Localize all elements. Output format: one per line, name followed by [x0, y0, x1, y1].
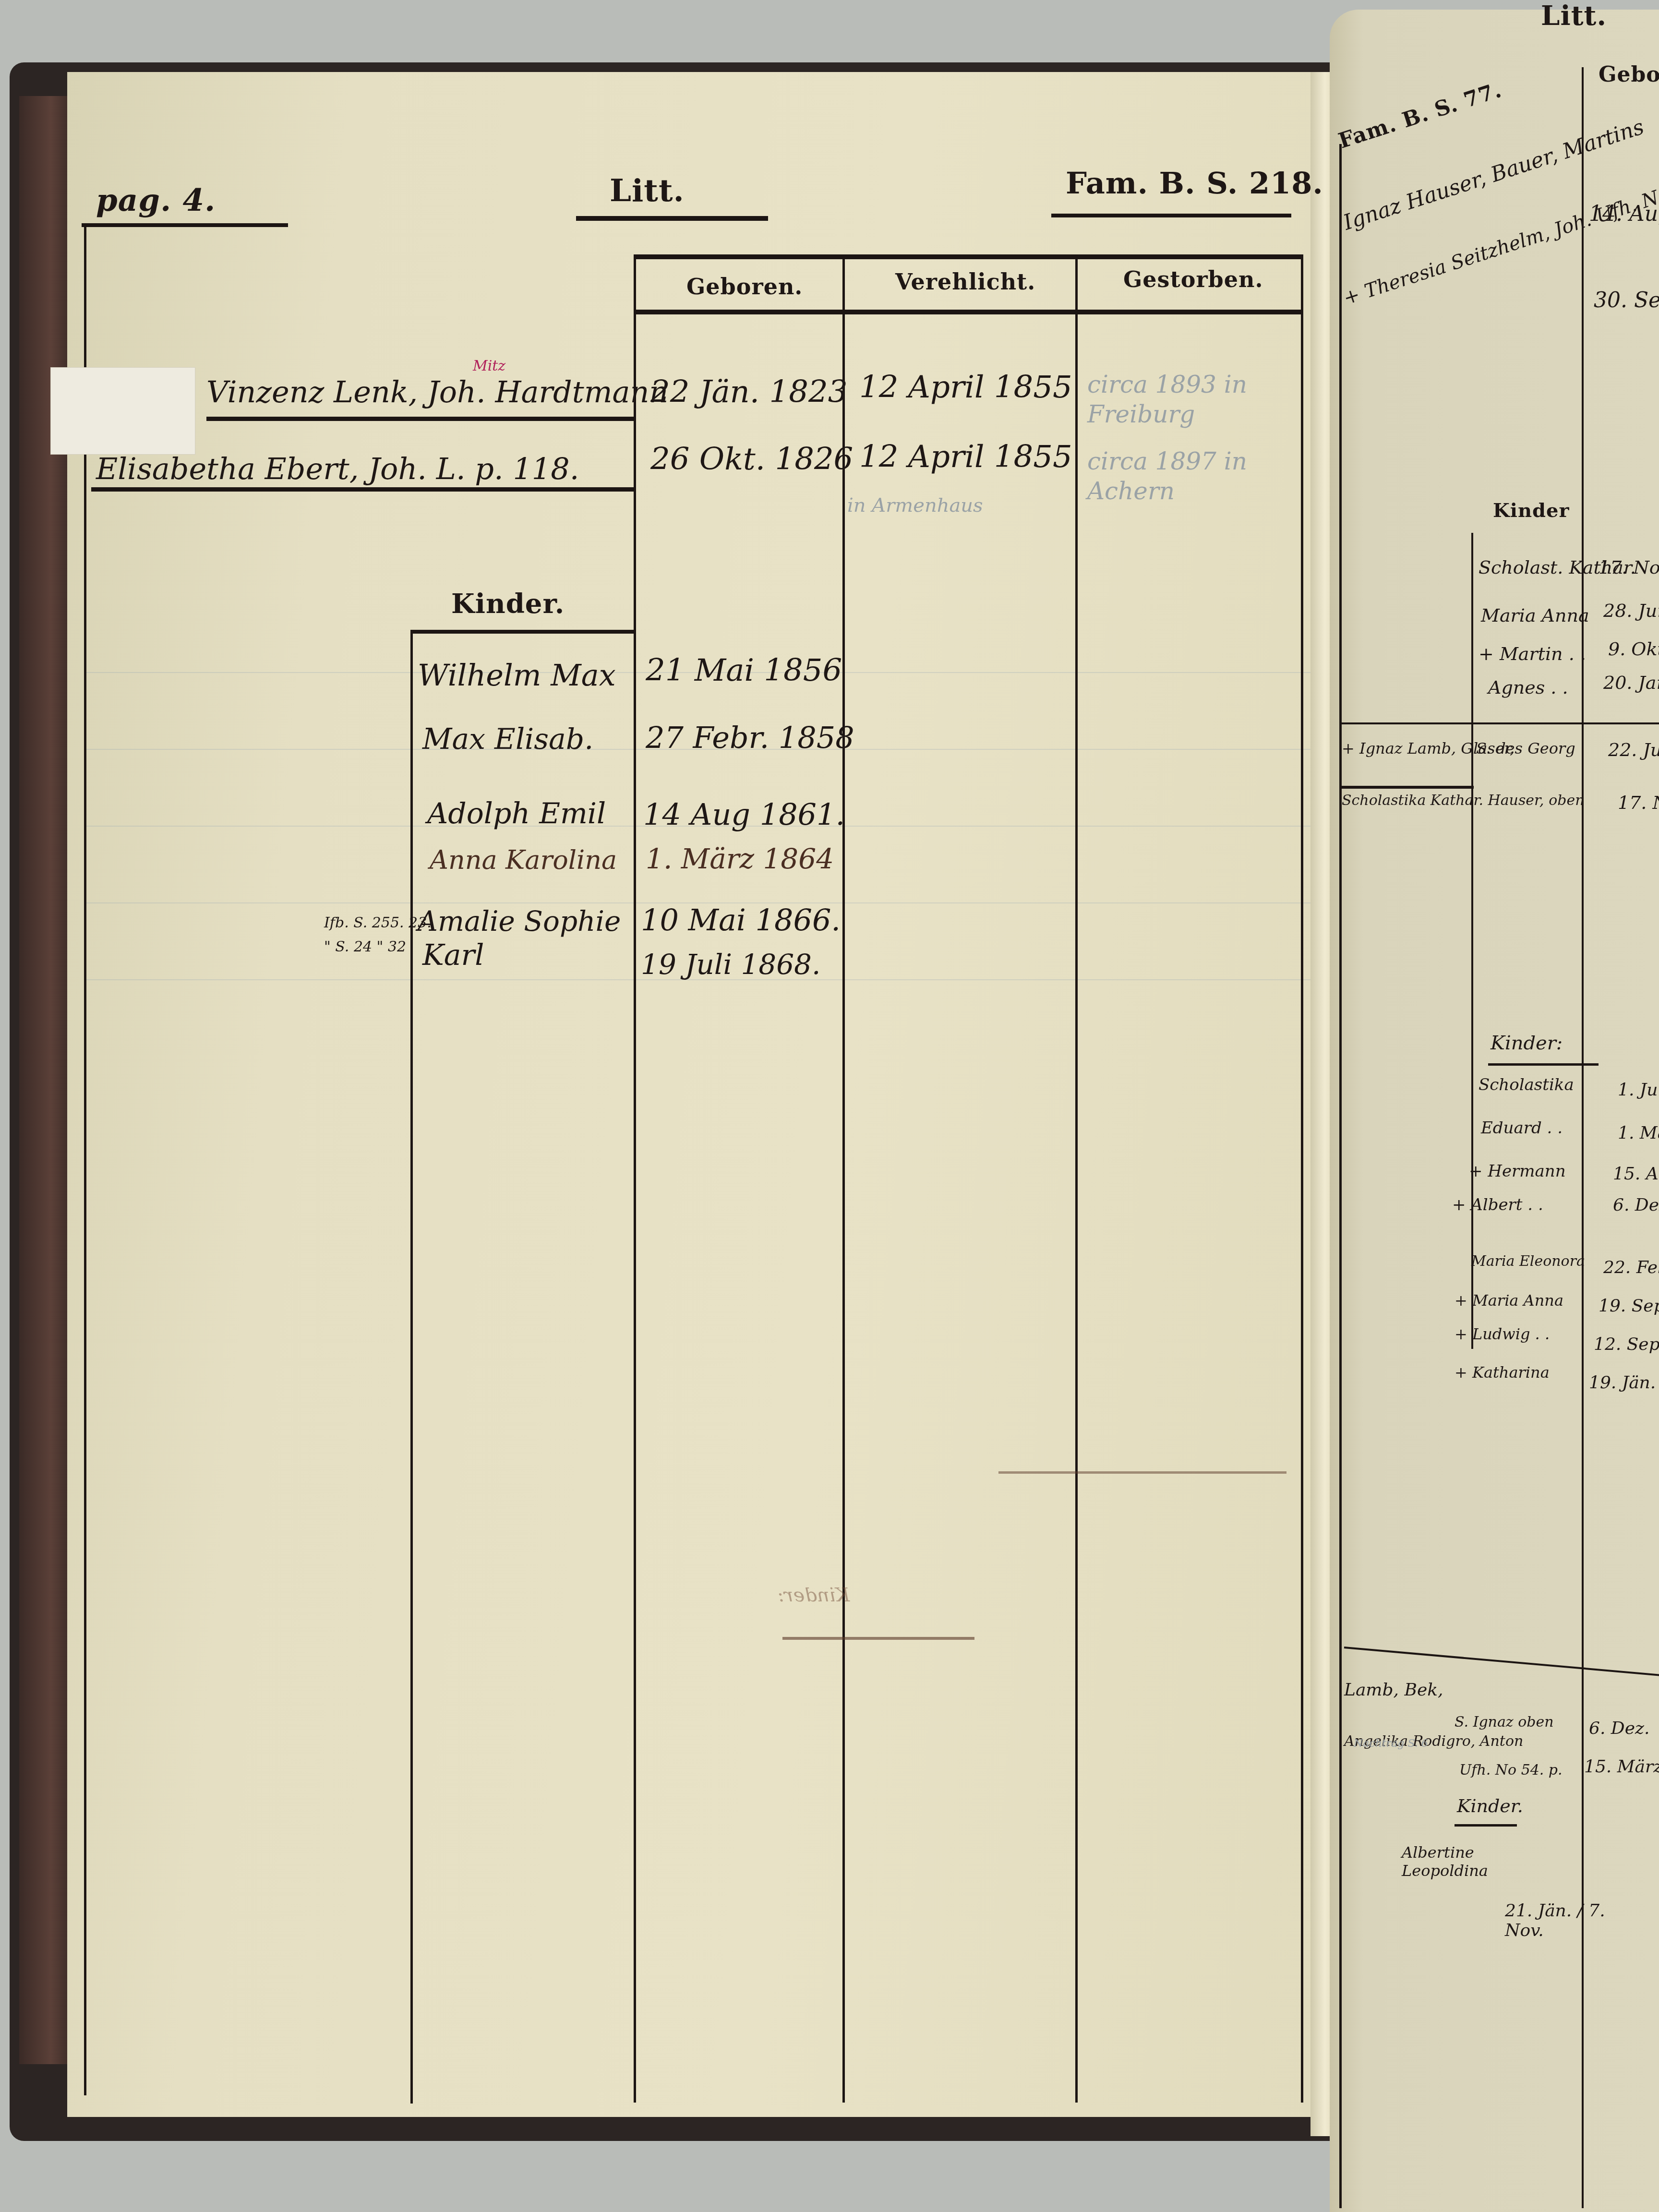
- right-children-header-2: Kinder:: [1491, 1032, 1563, 1054]
- table-header-bottom-border: [634, 310, 1303, 314]
- right-child-born: 20. Jan.: [1603, 672, 1659, 693]
- right-child-name: + Albert . .: [1452, 1195, 1543, 1214]
- right-page: [1330, 10, 1659, 2212]
- margin-reference-note-2: " S. 24 " 32: [324, 938, 406, 955]
- right-child-born: 17. Nov.: [1599, 557, 1659, 578]
- right-entry-born: 17. Nov.: [1618, 792, 1659, 813]
- right-litt-label: Litt.: [1541, 0, 1607, 32]
- header-married: Verehlicht.: [895, 269, 1035, 295]
- right-child-born: 1. Jun.: [1618, 1080, 1659, 1100]
- right-child-name: Eduard . .: [1481, 1118, 1563, 1138]
- father-underline: [206, 417, 636, 421]
- right-entry-detail: S. des Georg: [1476, 739, 1575, 757]
- child-born-date: 27 Febr. 1858: [646, 720, 854, 755]
- mother-married-date: 12 April 1855: [859, 439, 1072, 475]
- right-children-header-1: Kinder: [1493, 499, 1570, 522]
- right-child-name: + Maria Anna: [1455, 1291, 1563, 1310]
- child-name: Karl: [422, 938, 484, 972]
- page-number-underline: [82, 223, 288, 227]
- right-entry-name: Scholastika Kathar. Hauser, oben: [1342, 792, 1585, 809]
- right-entry-born: 6. Dez.: [1589, 1719, 1649, 1738]
- right-child-born: 21. Jän. / 7. Nov.: [1505, 1901, 1625, 1940]
- parent-father-name: Vinzenz Lenk, Joh. Hardtmann: [206, 374, 668, 409]
- married-column-pencil-note: in Armenhaus: [847, 494, 1049, 517]
- margin-reference-note-1: Ifb. S. 255. 23.: [324, 914, 432, 931]
- red-annotation: Mitz: [473, 358, 505, 374]
- outer-border-right: [1301, 254, 1303, 2103]
- col-line-died: [1075, 254, 1078, 2103]
- right-entry-born: 15. März: [1584, 1757, 1659, 1777]
- father-born-date: 22 Jän. 1823: [650, 374, 847, 410]
- child-name: Adolph Emil: [427, 797, 606, 830]
- right-child-born: 15. Aug.: [1613, 1164, 1659, 1184]
- right-child-name: Scholastika: [1479, 1075, 1574, 1094]
- right-children-header-3-underline: [1455, 1824, 1517, 1827]
- right-entry-underline: [1339, 786, 1474, 789]
- header-born: Geboren.: [686, 274, 803, 300]
- right-child-name: Albertine Leopoldina: [1402, 1843, 1503, 1880]
- litt-label: Litt.: [610, 173, 685, 209]
- right-outer-border: [1339, 144, 1342, 2208]
- right-header-born: Geboren: [1599, 62, 1659, 87]
- child-name: Wilhelm Max: [418, 658, 616, 693]
- col-line-born: [634, 254, 636, 2103]
- father-death-pencil-note: circa 1893 in Freiburg: [1087, 370, 1289, 429]
- right-entry-name: Lamb, Bek,: [1344, 1680, 1443, 1700]
- children-box-top: [410, 630, 636, 634]
- children-box-left: [410, 630, 413, 2104]
- child-born-date: 21 Mai 1856: [646, 653, 842, 688]
- child-name: Max Elisab.: [422, 722, 593, 756]
- child-born-date: 19 Juli 1868.: [641, 948, 820, 981]
- litt-underline: [576, 216, 768, 221]
- right-child-born: 1. Mai: [1618, 1123, 1659, 1143]
- right-child-born: 22. Febr.: [1603, 1258, 1659, 1277]
- mother-underline: [91, 487, 636, 492]
- right-child-born: 19. Sept.: [1599, 1296, 1659, 1316]
- right-child-born: 12. Sept.: [1594, 1334, 1659, 1354]
- parent-mother-name: Elisabetha Ebert, Joh. L. p. 118.: [96, 451, 579, 486]
- right-children-header-3: Kinder.: [1457, 1795, 1523, 1816]
- table-top-border: [634, 254, 1303, 259]
- right-child-born: 9. Okt.: [1608, 638, 1659, 660]
- outer-border-left: [84, 223, 86, 2095]
- page-number: pag. 4.: [96, 182, 216, 218]
- child-born-date: 14 Aug 1861.: [643, 797, 845, 832]
- header-died: Gestorben.: [1123, 266, 1263, 292]
- right-child-born: 19. Jän.: [1589, 1373, 1656, 1393]
- right-entry-detail: S. Ignaz oben: [1455, 1714, 1554, 1731]
- mother-death-pencil-note: circa 1897 in Achern: [1087, 446, 1289, 506]
- right-pencil-note: Nachtrag S. 6: [1354, 1738, 1428, 1750]
- right-col-line-born: [1582, 67, 1584, 2208]
- right-child-born: 6. Dez.: [1613, 1195, 1659, 1215]
- right-child-name: Agnes . .: [1488, 677, 1568, 698]
- right-child-name: Maria Anna: [1481, 605, 1589, 626]
- right-children-header-underline: [1488, 1063, 1599, 1066]
- mother-born-date: 26 Okt. 1826: [650, 442, 853, 477]
- family-label: Fam. B. S. 218.: [1066, 166, 1323, 201]
- child-born-date: 10 Mai 1866.: [641, 902, 841, 938]
- child-name: Anna Karolina: [430, 845, 617, 875]
- bleed-through-kinder: Kinder:: [778, 1584, 850, 1606]
- bleed-through-underline: [782, 1637, 974, 1640]
- adhesive-tape-strip: [50, 367, 195, 455]
- right-entry-born: 22. Jun.: [1608, 739, 1659, 760]
- right-entry-born: 30. Sept.: [1594, 288, 1659, 313]
- right-child-name: + Martin . .: [1479, 643, 1586, 664]
- right-child-born: 28. Jun.: [1603, 600, 1659, 621]
- children-header: Kinder.: [451, 588, 565, 620]
- child-name: Amalie Sophie: [418, 905, 621, 938]
- right-child-name: + Ludwig . .: [1455, 1325, 1550, 1343]
- bleed-through-rule: [998, 1471, 1286, 1474]
- col-line-married: [842, 254, 845, 2103]
- right-child-name: + Hermann: [1469, 1162, 1566, 1181]
- right-children-box-left: [1471, 533, 1473, 1349]
- family-underline: [1051, 214, 1291, 217]
- right-entry-detail: Ufh. No 54. p.: [1459, 1762, 1563, 1779]
- right-section-divider: [1342, 722, 1659, 724]
- right-child-name: + Katharina: [1455, 1363, 1550, 1382]
- child-born-date: 1. März 1864: [646, 842, 834, 875]
- father-married-date: 12 April 1855: [859, 370, 1072, 405]
- right-child-name: Maria Eleonora: [1471, 1253, 1585, 1270]
